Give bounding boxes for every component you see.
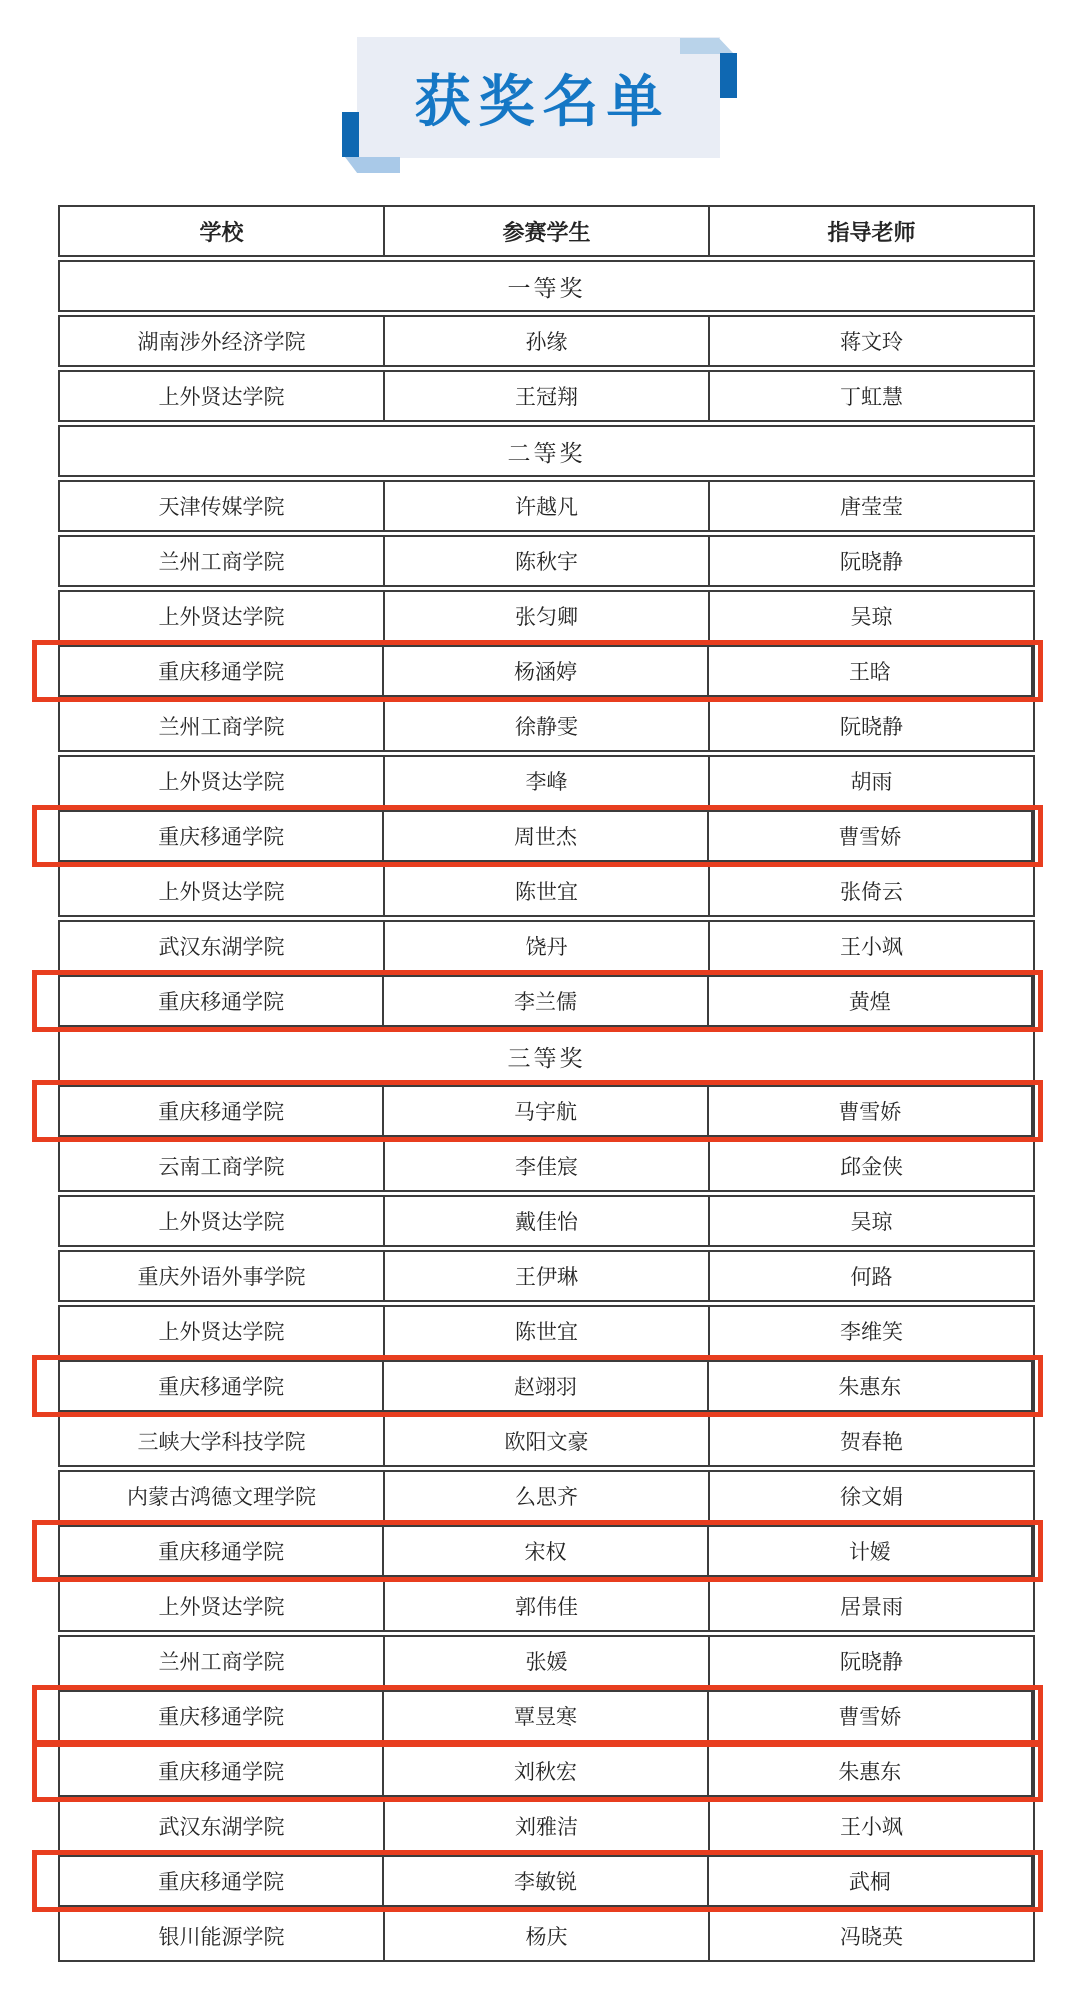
student-cell: 周世杰 <box>384 812 708 860</box>
table-row: 重庆移通学院周世杰曹雪娇 <box>58 810 1035 862</box>
school-cell: 上外贤达学院 <box>60 1307 385 1355</box>
student-cell: 李佳宸 <box>385 1142 710 1190</box>
table-row: 云南工商学院李佳宸邱金侠 <box>58 1140 1035 1192</box>
student-cell: 李敏锐 <box>384 1857 708 1905</box>
student-cell: 宋权 <box>384 1527 708 1575</box>
school-cell: 上外贤达学院 <box>60 757 385 805</box>
table-row: 上外贤达学院陈世宜张倚云 <box>58 865 1035 917</box>
student-cell: 么思齐 <box>385 1472 710 1520</box>
teacher-cell: 武桐 <box>709 1857 1033 1905</box>
teacher-cell: 贺春艳 <box>710 1417 1033 1465</box>
table-row: 上外贤达学院郭伟佳居景雨 <box>58 1580 1035 1632</box>
student-cell: 陈世宜 <box>385 867 710 915</box>
teacher-cell: 冯晓英 <box>710 1912 1033 1960</box>
school-cell: 武汉东湖学院 <box>60 1802 385 1850</box>
school-cell: 重庆外语外事学院 <box>60 1252 385 1300</box>
student-cell: 李峰 <box>385 757 710 805</box>
student-cell: 戴佳怡 <box>385 1197 710 1245</box>
table-row: 重庆移通学院覃昱寒曹雪娇 <box>58 1690 1035 1742</box>
table-row: 上外贤达学院王冠翔丁虹慧 <box>58 370 1035 422</box>
teacher-cell: 何路 <box>710 1252 1033 1300</box>
school-cell: 三峡大学科技学院 <box>60 1417 385 1465</box>
teacher-cell: 唐莹莹 <box>710 482 1033 530</box>
table-row: 三峡大学科技学院欧阳文豪贺春艳 <box>58 1415 1035 1467</box>
teacher-cell: 王小飒 <box>710 922 1033 970</box>
title-banner: 获奖名单 <box>357 37 720 158</box>
student-cell: 饶丹 <box>385 922 710 970</box>
student-cell: 覃昱寒 <box>384 1692 708 1740</box>
school-cell: 重庆移通学院 <box>60 1362 384 1410</box>
teacher-cell: 计嫒 <box>709 1527 1033 1575</box>
student-cell: 李兰儒 <box>384 977 708 1025</box>
table-row: 上外贤达学院张匀卿吴琼 <box>58 590 1035 642</box>
corner-flap-bottom-left <box>345 157 400 173</box>
table-row: 重庆移通学院杨涵婷王晗 <box>58 645 1035 697</box>
school-cell: 上外贤达学院 <box>60 867 385 915</box>
table-row: 兰州工商学院陈秋宇阮晓静 <box>58 535 1035 587</box>
teacher-cell: 朱惠东 <box>709 1747 1033 1795</box>
teacher-cell: 曹雪娇 <box>709 1692 1033 1740</box>
teacher-cell: 张倚云 <box>710 867 1033 915</box>
teacher-cell: 居景雨 <box>710 1582 1033 1630</box>
school-cell: 兰州工商学院 <box>60 1637 385 1685</box>
student-cell: 杨庆 <box>385 1912 710 1960</box>
table-row: 上外贤达学院戴佳怡吴琼 <box>58 1195 1035 1247</box>
school-header-cell: 学校 <box>60 207 385 255</box>
corner-tab-top-right <box>720 53 737 98</box>
school-cell: 重庆移通学院 <box>60 1692 384 1740</box>
school-cell: 重庆移通学院 <box>60 812 384 860</box>
school-cell: 重庆移通学院 <box>60 1747 384 1795</box>
table-row: 重庆移通学院宋权计嫒 <box>58 1525 1035 1577</box>
student-cell: 陈世宜 <box>385 1307 710 1355</box>
student-cell: 徐静雯 <box>385 702 710 750</box>
teacher-cell: 王晗 <box>709 647 1033 695</box>
table-row: 重庆移通学院赵翊羽朱惠东 <box>58 1360 1035 1412</box>
table-row: 重庆移通学院刘秋宏朱惠东 <box>58 1745 1035 1797</box>
student-cell: 陈秋宇 <box>385 537 710 585</box>
student-cell: 马宇航 <box>384 1087 708 1135</box>
school-cell: 天津传媒学院 <box>60 482 385 530</box>
student-cell: 刘雅洁 <box>385 1802 710 1850</box>
school-cell: 上外贤达学院 <box>60 1582 385 1630</box>
page: { "page": { "title": "获奖名单" }, "colors":… <box>0 0 1074 2000</box>
student-cell: 杨涵婷 <box>384 647 708 695</box>
section-label: 二等奖 <box>60 427 1033 475</box>
teacher-cell: 阮晓静 <box>710 702 1033 750</box>
corner-tab-bottom-left <box>342 112 359 157</box>
table-row: 上外贤达学院李峰胡雨 <box>58 755 1035 807</box>
student-cell: 张媛 <box>385 1637 710 1685</box>
student-cell: 刘秋宏 <box>384 1747 708 1795</box>
teacher-cell: 朱惠东 <box>709 1362 1033 1410</box>
school-cell: 上外贤达学院 <box>60 1197 385 1245</box>
corner-flap-top-right <box>680 38 734 54</box>
table-row: 兰州工商学院徐静雯阮晓静 <box>58 700 1035 752</box>
table-row: 重庆移通学院李兰儒黄煌 <box>58 975 1035 1027</box>
teacher-cell: 徐文娟 <box>710 1472 1033 1520</box>
table-row: 兰州工商学院张媛阮晓静 <box>58 1635 1035 1687</box>
school-cell: 上外贤达学院 <box>60 592 385 640</box>
table-row: 上外贤达学院陈世宜李维笑 <box>58 1305 1035 1357</box>
section-row: 一等奖 <box>58 260 1035 312</box>
school-cell: 银川能源学院 <box>60 1912 385 1960</box>
teacher-cell: 曹雪娇 <box>709 812 1033 860</box>
teacher-cell: 邱金侠 <box>710 1142 1033 1190</box>
student-cell: 欧阳文豪 <box>385 1417 710 1465</box>
section-label: 三等奖 <box>60 1032 1033 1080</box>
award-table: 学校参赛学生指导老师一等奖湖南涉外经济学院孙缘蒋文玲上外贤达学院王冠翔丁虹慧二等… <box>58 205 1035 1965</box>
school-cell: 湖南涉外经济学院 <box>60 317 385 365</box>
teacher-cell: 阮晓静 <box>710 537 1033 585</box>
teacher-cell: 胡雨 <box>710 757 1033 805</box>
section-row: 二等奖 <box>58 425 1035 477</box>
section-label: 一等奖 <box>60 262 1033 310</box>
teacher-cell: 阮晓静 <box>710 1637 1033 1685</box>
school-cell: 重庆移通学院 <box>60 1087 384 1135</box>
page-title: 获奖名单 <box>407 58 671 138</box>
table-row: 重庆移通学院李敏锐武桐 <box>58 1855 1035 1907</box>
student-cell: 王冠翔 <box>385 372 710 420</box>
teacher-cell: 吴琼 <box>710 1197 1033 1245</box>
teacher-cell: 李维笑 <box>710 1307 1033 1355</box>
table-header-row: 学校参赛学生指导老师 <box>58 205 1035 257</box>
school-cell: 武汉东湖学院 <box>60 922 385 970</box>
student-header-cell: 参赛学生 <box>385 207 710 255</box>
student-cell: 孙缘 <box>385 317 710 365</box>
teacher-cell: 蒋文玲 <box>710 317 1033 365</box>
student-cell: 郭伟佳 <box>385 1582 710 1630</box>
table-row: 武汉东湖学院饶丹王小飒 <box>58 920 1035 972</box>
table-row: 银川能源学院杨庆冯晓英 <box>58 1910 1035 1962</box>
school-cell: 重庆移通学院 <box>60 1527 384 1575</box>
table-row: 武汉东湖学院刘雅洁王小飒 <box>58 1800 1035 1852</box>
school-cell: 上外贤达学院 <box>60 372 385 420</box>
table-row: 重庆移通学院马宇航曹雪娇 <box>58 1085 1035 1137</box>
teacher-cell: 黄煌 <box>709 977 1033 1025</box>
teacher-cell: 丁虹慧 <box>710 372 1033 420</box>
teacher-cell: 吴琼 <box>710 592 1033 640</box>
school-cell: 云南工商学院 <box>60 1142 385 1190</box>
table-row: 湖南涉外经济学院孙缘蒋文玲 <box>58 315 1035 367</box>
teacher-cell: 王小飒 <box>710 1802 1033 1850</box>
school-cell: 兰州工商学院 <box>60 537 385 585</box>
school-cell: 重庆移通学院 <box>60 647 384 695</box>
student-cell: 赵翊羽 <box>384 1362 708 1410</box>
teacher-header-cell: 指导老师 <box>710 207 1033 255</box>
table-row: 天津传媒学院许越凡唐莹莹 <box>58 480 1035 532</box>
table-row: 内蒙古鸿德文理学院么思齐徐文娟 <box>58 1470 1035 1522</box>
section-row: 三等奖 <box>58 1030 1035 1082</box>
student-cell: 许越凡 <box>385 482 710 530</box>
table-row: 重庆外语外事学院王伊琳何路 <box>58 1250 1035 1302</box>
school-cell: 内蒙古鸿德文理学院 <box>60 1472 385 1520</box>
teacher-cell: 曹雪娇 <box>709 1087 1033 1135</box>
school-cell: 重庆移通学院 <box>60 1857 384 1905</box>
school-cell: 兰州工商学院 <box>60 702 385 750</box>
student-cell: 张匀卿 <box>385 592 710 640</box>
student-cell: 王伊琳 <box>385 1252 710 1300</box>
school-cell: 重庆移通学院 <box>60 977 384 1025</box>
